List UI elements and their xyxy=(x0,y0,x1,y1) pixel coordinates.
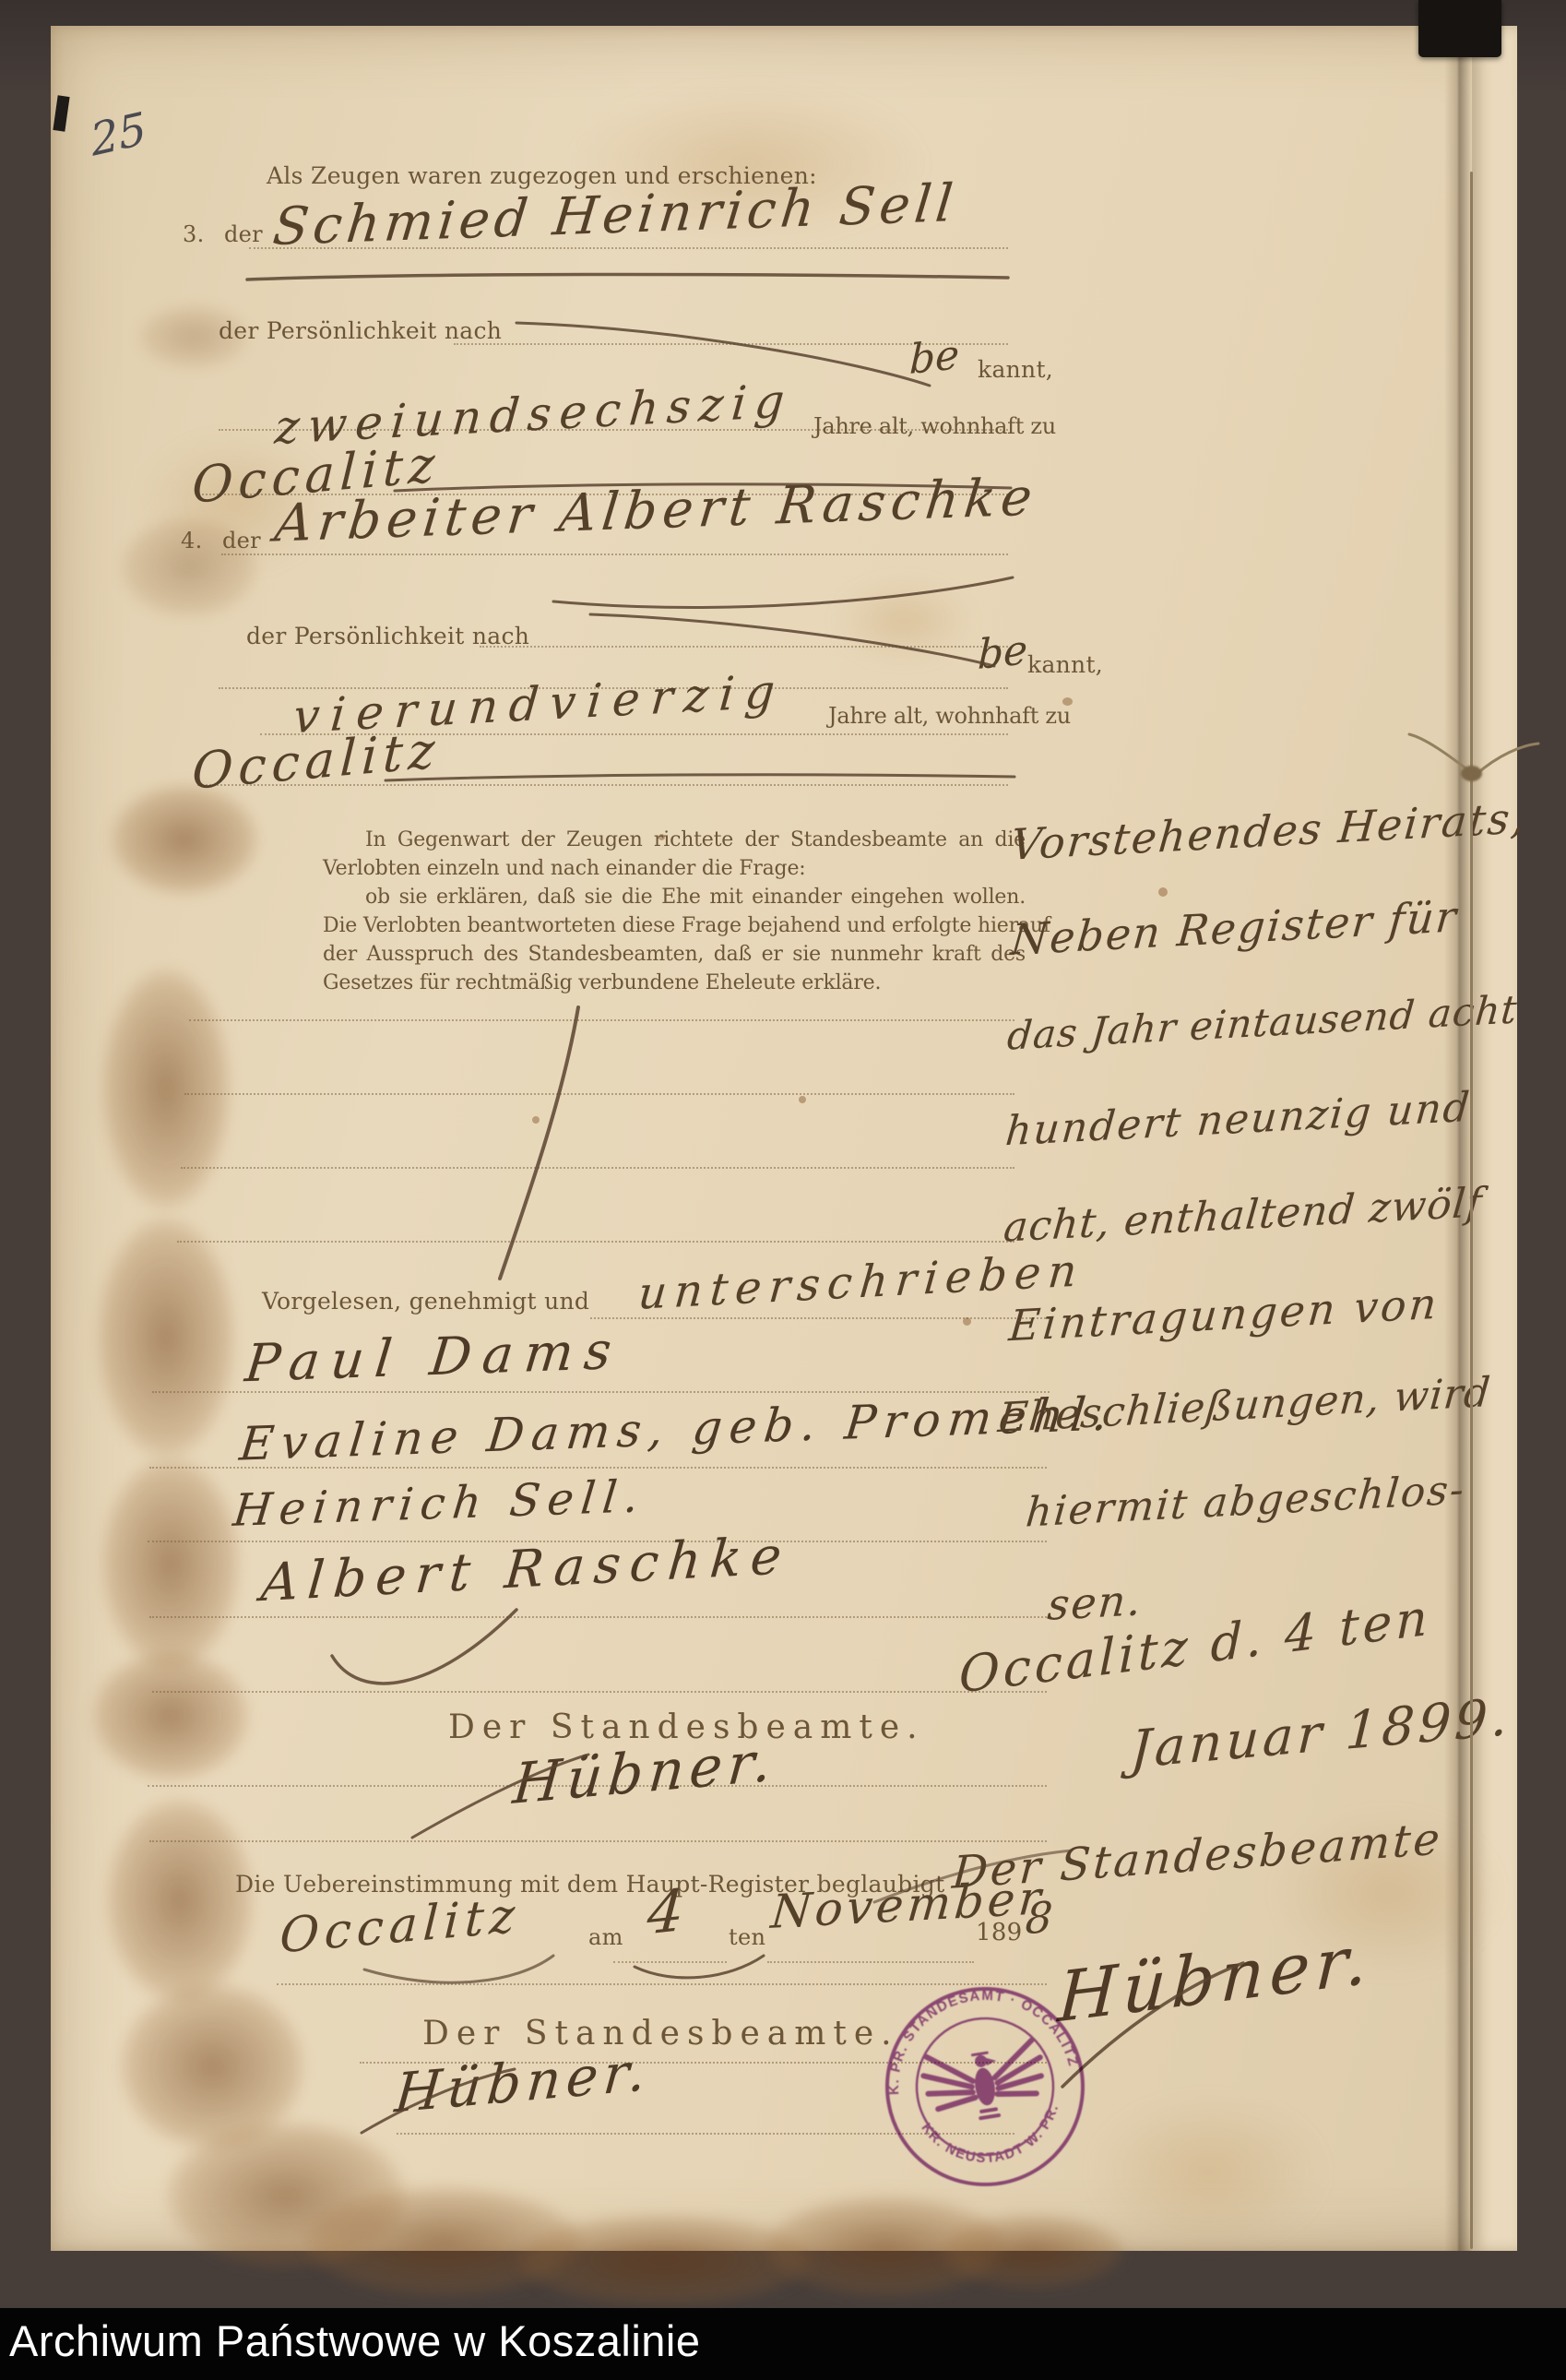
personality-label: der Persönlichkeit nach xyxy=(246,623,529,649)
burn-mark xyxy=(941,2214,1125,2288)
dotted-rule xyxy=(149,1616,1047,1618)
dotted-rule xyxy=(152,1691,1047,1693)
official-stamp: K. PR. STANDESAMT · OCCALITZ KR. NEUSTAD… xyxy=(859,1960,1112,2214)
burn-mark xyxy=(92,1651,249,1780)
bekannt-prefix-handwritten: be xyxy=(908,335,959,381)
archive-name: Archiwum Państwowe w Koszalinie xyxy=(9,2315,701,2366)
certification-am-label: am xyxy=(588,1924,623,1950)
certification-day: 4 xyxy=(646,1882,686,1944)
declaration-line: In Gegenwart der Zeugen richtete der Sta… xyxy=(365,828,1026,851)
binding-thread xyxy=(1470,172,1473,2249)
declaration-line: der Ausspruch des Standesbeamten, daß er… xyxy=(323,943,1026,966)
burn-mark xyxy=(101,969,231,1208)
certification-ten-label: ten xyxy=(729,1924,765,1950)
declaration-line: Die Verlobten beantworteten diese Frage … xyxy=(323,914,1026,937)
witness4-index: 4. xyxy=(181,528,203,553)
stain xyxy=(1088,2094,1328,2251)
dotted-rule xyxy=(149,1840,1047,1842)
declaration-line: Gesetzes für rechtmäßig verbundene Ehele… xyxy=(323,971,881,994)
stain xyxy=(835,579,973,662)
bekannt-prefix-handwritten: be xyxy=(977,630,1027,676)
dotted-rule xyxy=(189,1019,1014,1021)
dotted-rule xyxy=(181,1167,1014,1169)
dotted-rule xyxy=(767,1961,974,1963)
ink-spot xyxy=(532,1116,540,1124)
personality-label: der Persönlichkeit nach xyxy=(219,317,502,344)
binding-thread-knot xyxy=(1461,766,1482,781)
archive-scan: 25 Als Zeugen waren zugezogen und erschi… xyxy=(0,0,1566,2380)
burn-mark xyxy=(101,1458,240,1670)
certification-year-printed: 189 xyxy=(976,1919,1023,1946)
witness4-article: der xyxy=(222,528,261,553)
stamp-eagle-icon xyxy=(920,2040,1048,2126)
ink-spot xyxy=(799,1096,806,1103)
dotted-rule xyxy=(480,646,1008,648)
signature-name: Paul Dams xyxy=(243,1326,624,1390)
burn-mark xyxy=(516,2214,812,2306)
margin-note-line: sen. xyxy=(1046,1578,1145,1626)
page-number-annotation: 25 xyxy=(89,106,148,163)
registrar-title: Der Standesbeamte. xyxy=(422,2015,899,2053)
bookmark-ribbon xyxy=(1418,0,1501,57)
bekannt-label: kannt, xyxy=(1027,651,1103,678)
dotted-rule xyxy=(184,1093,1014,1095)
age-suffix-label: Jahre alt, wohnhaft zu xyxy=(813,413,1056,439)
ink-spot xyxy=(1158,887,1168,897)
dotted-rule xyxy=(177,1241,1014,1243)
witness3-index: 3. xyxy=(183,221,205,247)
dotted-rule xyxy=(221,553,1008,555)
signature-name: Heinrich Sell. xyxy=(231,1474,648,1533)
archive-footer-bar: Archiwum Państwowe w Koszalinie xyxy=(0,2308,1566,2380)
age-suffix-label: Jahre alt, wohnhaft zu xyxy=(828,703,1071,729)
bekannt-label: kannt, xyxy=(978,356,1053,383)
dotted-rule xyxy=(613,1961,727,1963)
declaration-line: Verlobten einzeln und nach einander die … xyxy=(323,857,805,880)
witness3-article: der xyxy=(224,221,263,247)
certification-year-digit: 8 xyxy=(1024,1896,1053,1940)
burn-mark xyxy=(106,1799,254,2002)
read-approved-label: Vorgelesen, genehmigt und xyxy=(262,1288,589,1315)
declaration-line: ob sie erklären, daß sie die Ehe mit ein… xyxy=(365,886,1026,909)
burn-mark xyxy=(97,1218,235,1458)
burn-mark xyxy=(111,784,258,895)
